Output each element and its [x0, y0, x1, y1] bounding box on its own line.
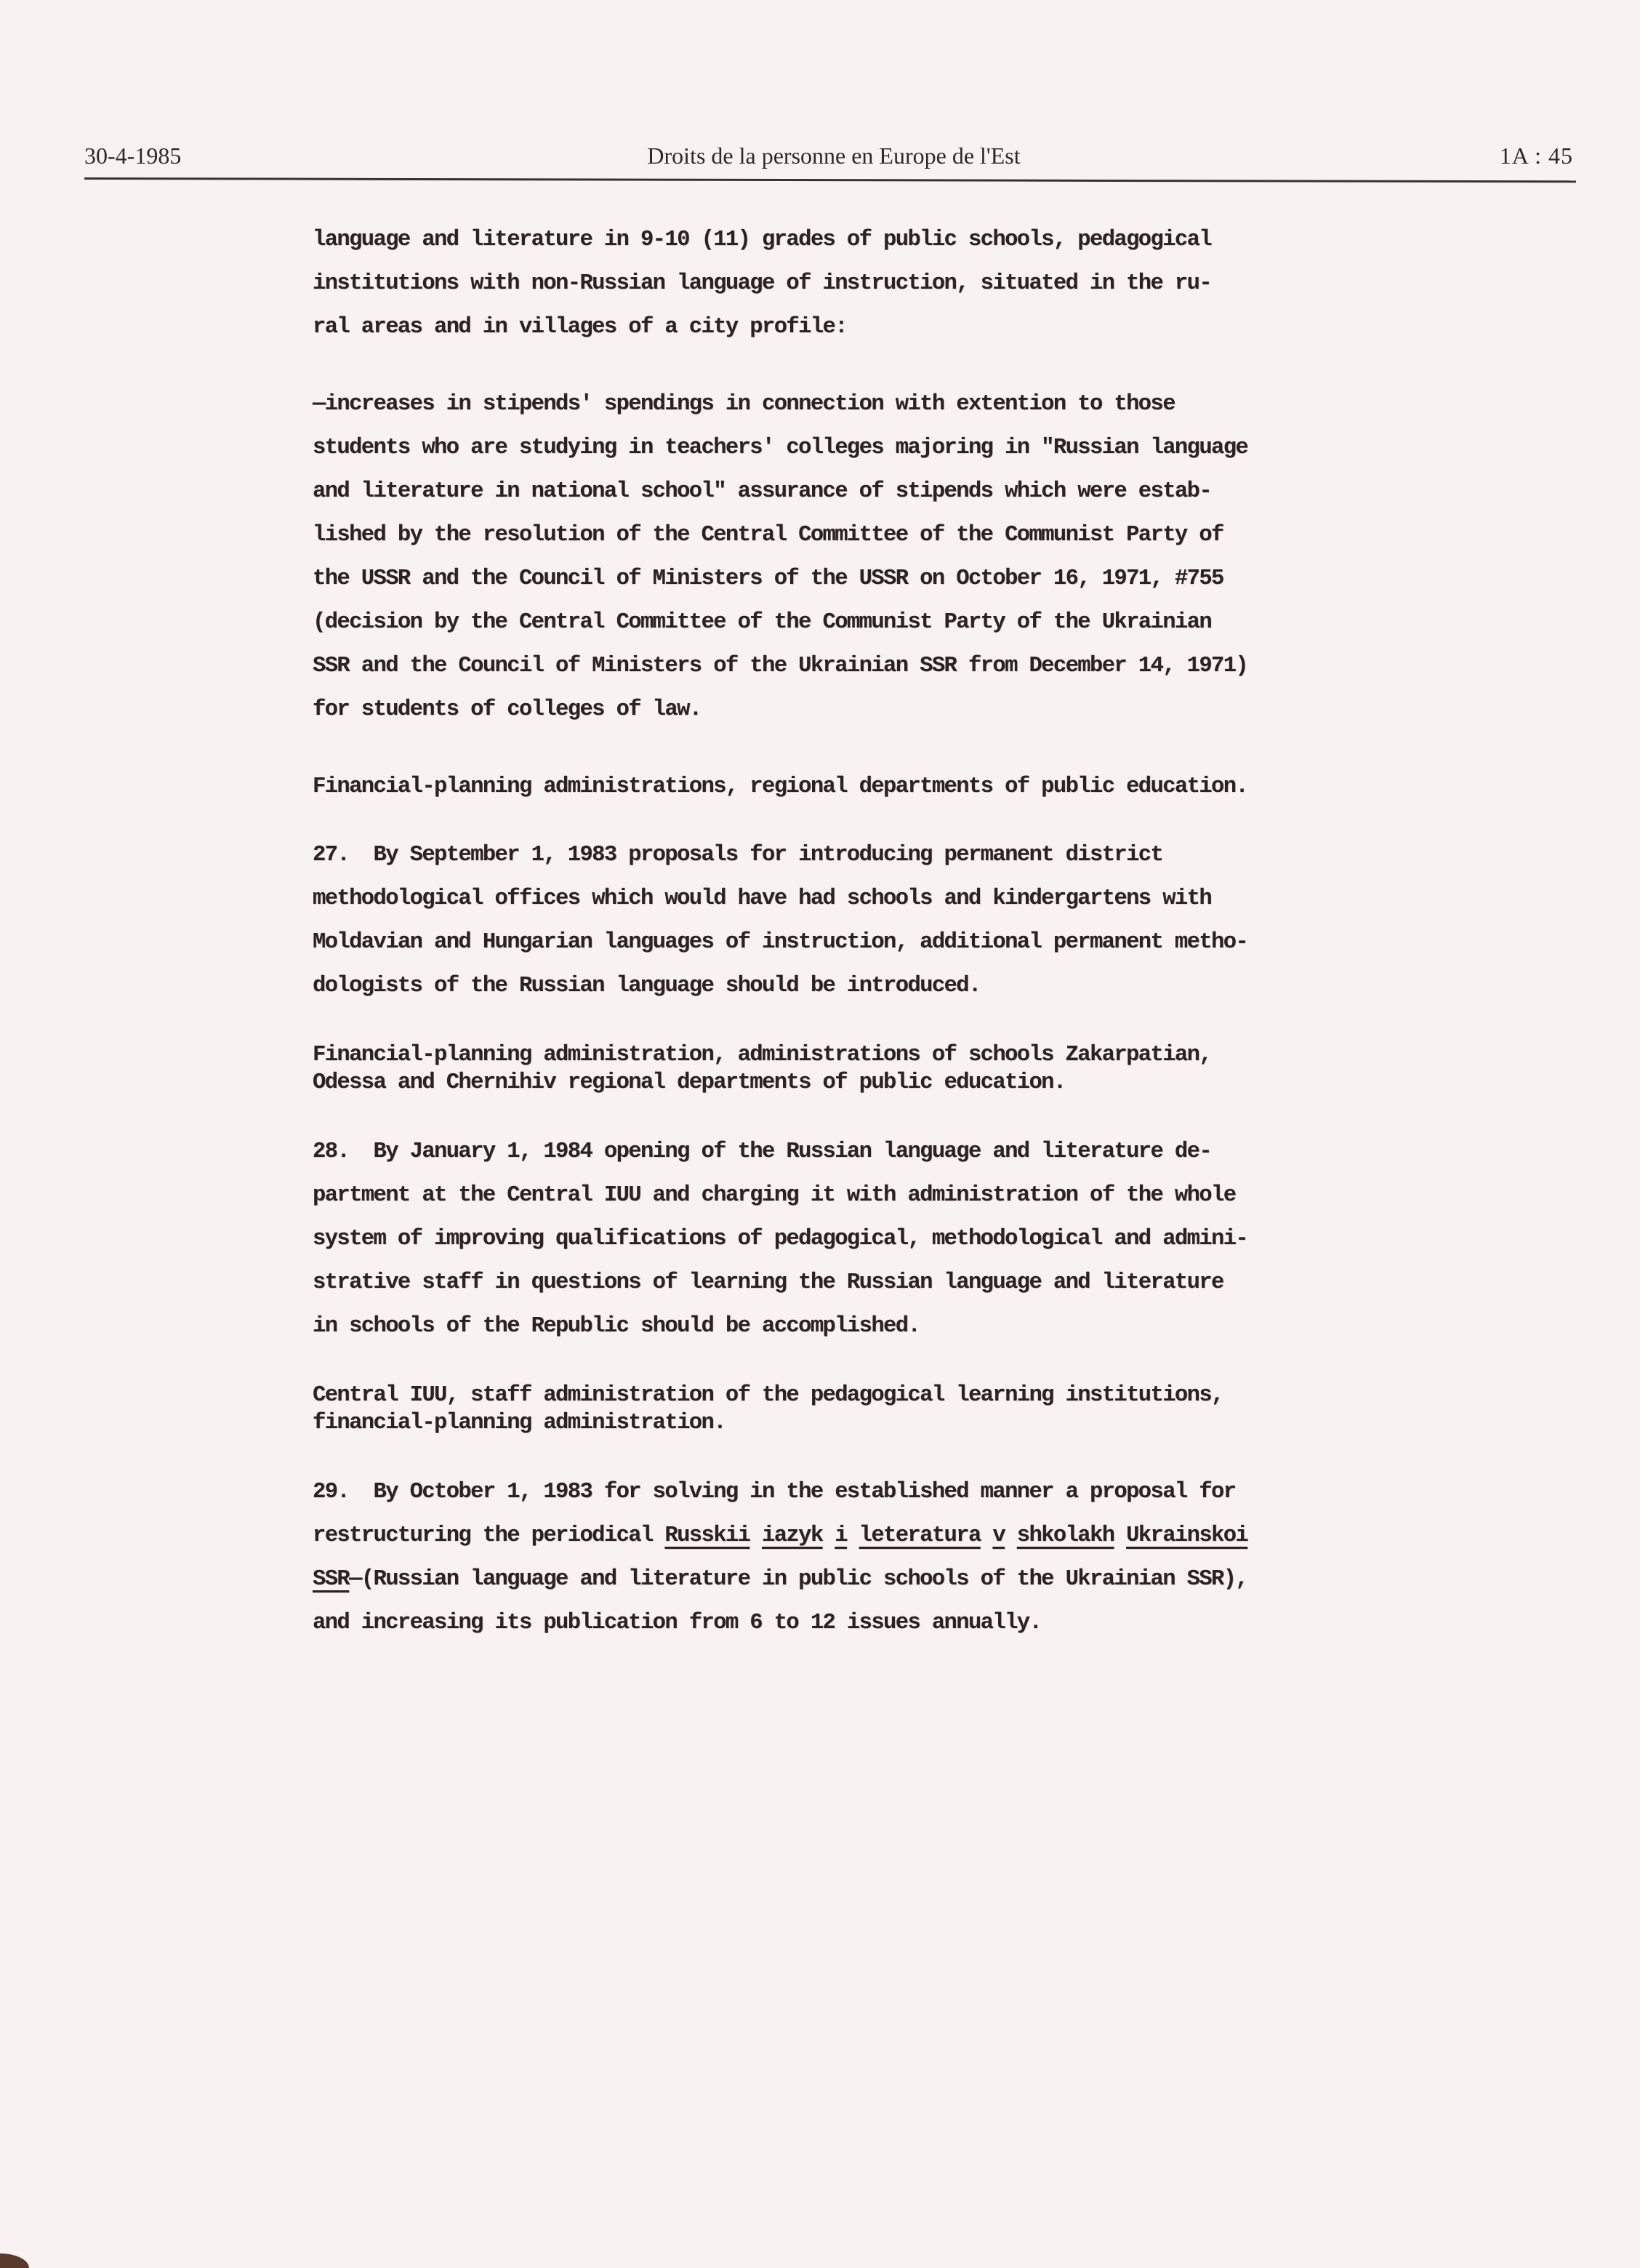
text-line: SSR and the Council of Ministers of the … — [313, 644, 1447, 688]
paragraph-responsible-financial-planning: Financial-planning administrations, regi… — [313, 765, 1447, 809]
header-title: Droits de la personne en Europe de l'Est — [84, 143, 1576, 169]
periodical-title-word: i — [835, 1523, 847, 1548]
text-line: Moldavian and Hungarian languages of ins… — [313, 921, 1447, 964]
periodical-title-word: iazyk — [762, 1523, 823, 1548]
text-run: —(Russian language and literature in pub… — [349, 1567, 1247, 1592]
paragraph-item-27: 27. By September 1, 1983 proposals for i… — [313, 833, 1447, 1008]
periodical-title-word: SSR — [313, 1567, 349, 1592]
text-line: dologists of the Russian language should… — [313, 964, 1447, 1008]
paragraph-item-29: 29. By October 1, 1983 for solving in th… — [313, 1470, 1447, 1645]
text-line: —increases in stipends' spendings in con… — [313, 382, 1447, 426]
periodical-title-word: v — [992, 1523, 1005, 1548]
text-line: ral areas and in villages of a city prof… — [313, 305, 1447, 349]
text-line: in schools of the Republic should be acc… — [313, 1305, 1447, 1348]
periodical-title-word: Russkii — [664, 1523, 749, 1548]
text-line: and increasing its publication from 6 to… — [313, 1601, 1447, 1645]
text-line: language and literature in 9-10 (11) gra… — [313, 218, 1447, 262]
paragraph-responsible-28: Central IUU, staff administration of the… — [313, 1382, 1447, 1437]
scan-edge-shadow — [0, 2253, 29, 2268]
running-header: 30-4-1985 Droits de la personne en Europ… — [84, 143, 1576, 179]
text-line: 29. By October 1, 1983 for solving in th… — [313, 1470, 1447, 1514]
paragraph-stipends: —increases in stipends' spendings in con… — [313, 382, 1447, 732]
text-line: methodological offices which would have … — [313, 877, 1447, 921]
text-run: restructuring the periodical — [313, 1523, 664, 1548]
text-line: 28. By January 1, 1984 opening of the Ru… — [313, 1130, 1447, 1174]
paragraph-responsible-27: Financial-planning administration, admin… — [313, 1041, 1447, 1097]
paragraph-item-28: 28. By January 1, 1984 opening of the Ru… — [313, 1130, 1447, 1348]
text-line: 27. By September 1, 1983 proposals for i… — [313, 833, 1447, 877]
document-body: language and literature in 9-10 (11) gra… — [313, 218, 1447, 1645]
text-line: restructuring the periodical Russkii iaz… — [313, 1514, 1447, 1558]
text-line: Odessa and Chernihiv regional department… — [313, 1069, 1447, 1097]
text-line: strative staff in questions of learning … — [313, 1261, 1447, 1305]
paragraph-intro: language and literature in 9-10 (11) gra… — [313, 218, 1447, 349]
text-line: SSR—(Russian language and literature in … — [313, 1558, 1447, 1601]
text-line: and literature in national school" assur… — [313, 470, 1447, 513]
text-line: Financial-planning administration, admin… — [313, 1041, 1447, 1069]
text-line: the USSR and the Council of Ministers of… — [313, 557, 1447, 601]
header-page-ref: 1A : 45 — [1500, 143, 1573, 169]
text-line: lished by the resolution of the Central … — [313, 513, 1447, 557]
text-line: financial-planning administration. — [313, 1409, 1447, 1437]
text-line: system of improving qualifications of pe… — [313, 1217, 1447, 1261]
periodical-title-word: shkolakh — [1017, 1523, 1114, 1548]
text-line: students who are studying in teachers' c… — [313, 426, 1447, 470]
periodical-title-word: leteratura — [859, 1523, 981, 1548]
text-line: Financial-planning administrations, regi… — [313, 765, 1447, 809]
periodical-title-word: Ukrainskoi — [1126, 1523, 1247, 1548]
text-line: Central IUU, staff administration of the… — [313, 1382, 1447, 1409]
text-line: (decision by the Central Committee of th… — [313, 601, 1447, 644]
text-line: for students of colleges of law. — [313, 688, 1447, 732]
text-line: institutions with non-Russian language o… — [313, 262, 1447, 305]
text-line: partment at the Central IUU and charging… — [313, 1174, 1447, 1217]
